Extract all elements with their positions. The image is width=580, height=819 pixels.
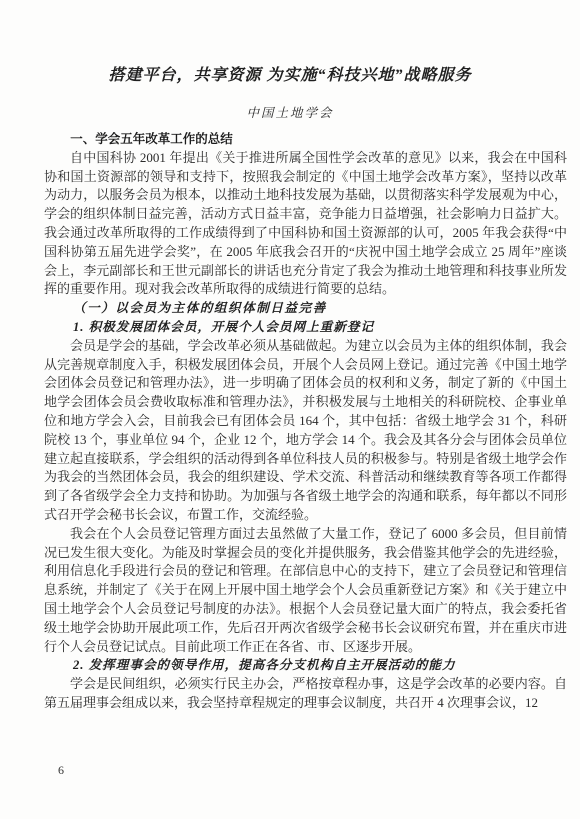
paragraph: 我会在个人会员登记管理方面过去虽然做了大量工作，登记了 6000 多会员，但目前… xyxy=(44,525,567,657)
document-subtitle: 中国土地学会 xyxy=(13,105,567,121)
document-title: 搭建平台，共享资源 为实施“科技兴地”战略服务 xyxy=(13,64,567,88)
page-number: 6 xyxy=(58,763,64,778)
item-heading: 2. 发挥理事会的领导作用，提高各分支机构自主开展活动的能力 xyxy=(44,656,567,675)
subsection-heading: （一）以会员为主体的组织体制日益完善 xyxy=(44,299,567,318)
document-body: 一、学会五年改革工作的总结自中国科协 2001 年提出《关于推进所属全国性学会改… xyxy=(44,130,567,713)
paragraph: 自中国科协 2001 年提出《关于推进所属全国性学会改革的意见》以来，我会在中国… xyxy=(44,149,567,299)
paragraph: 会员是学会的基础，学会改革必须从基础做起。为建立以会员为主体的组织体制，我会从完… xyxy=(44,337,567,525)
document-page: 搭建平台，共享资源 为实施“科技兴地”战略服务 中国土地学会 一、学会五年改革工… xyxy=(0,0,580,819)
item-heading: 1. 积极发展团体会员，开展个人会员网上重新登记 xyxy=(44,318,567,337)
section-heading: 一、学会五年改革工作的总结 xyxy=(44,130,567,149)
paragraph: 学会是民间组织，必须实行民主办会，严格按章程办事，这是学会改革的必要内容。自第五… xyxy=(44,675,567,713)
